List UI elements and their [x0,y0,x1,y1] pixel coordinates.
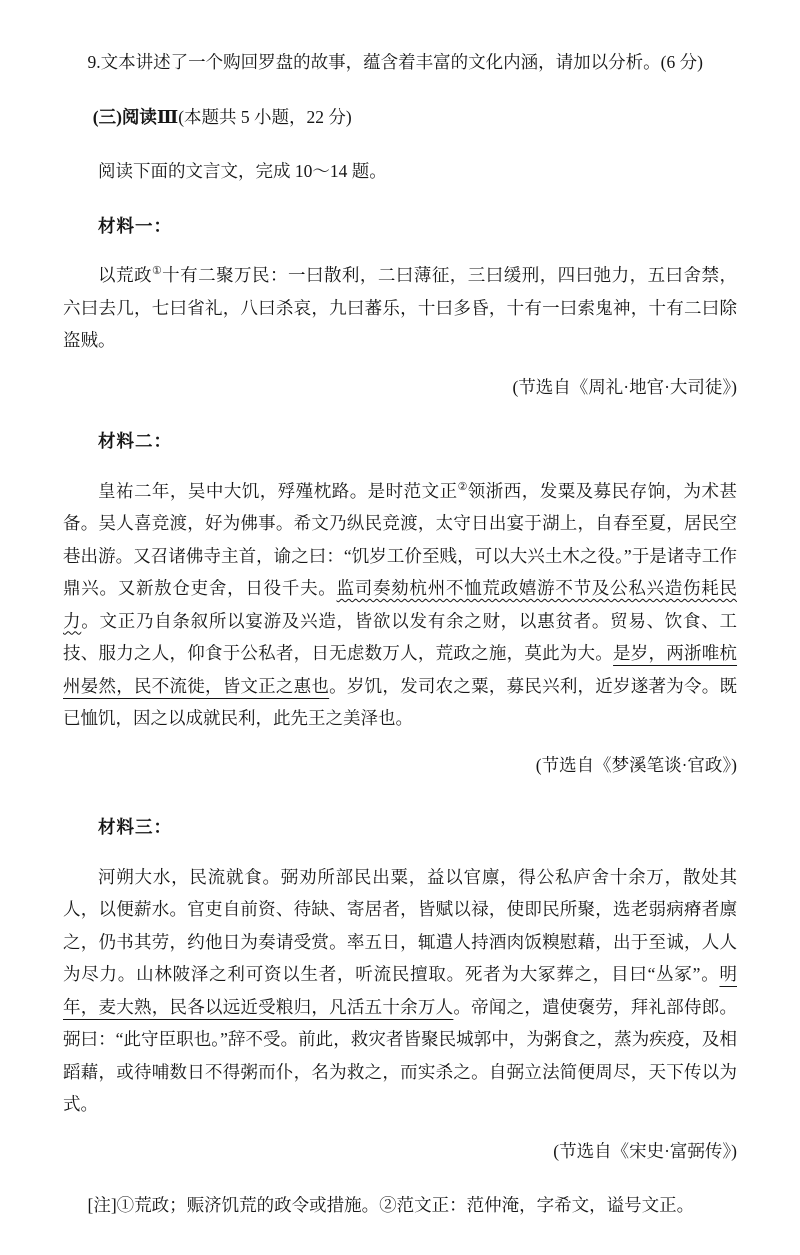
reading-instruction: 阅读下面的文言文，完成 10～14 题。 [63,155,737,188]
question-9: 9.文本讲述了一个购回罗盘的故事，蕴含着丰富的文化内涵，请加以分析。(6 分) [63,46,737,79]
exam-document-page: { "doc": { "question9": "9.文本讲述了一个购回罗盘的故… [0,0,800,1255]
material-3-label: 材料三： [63,811,737,844]
material-2-source: (节选自《梦溪笔谈·官政》) [63,749,737,782]
material-1-label: 材料一： [63,210,737,243]
material-3-source: (节选自《宋史·富弼传》) [63,1135,737,1168]
material-1-text: 以荒政①十有二聚万民：一曰散利，二曰薄征，三曰缓刑，四曰弛力，五曰舍禁，六曰去几… [63,259,737,357]
material-3-label-text: 材料三： [98,817,172,837]
material-1-source: (节选自《周礼·地官·大司徒》) [63,371,737,404]
material-2-label-text: 材料二： [98,431,172,451]
material-2-text: 皇祐二年，吴中大饥，殍殣枕路。是时范文正②领浙西，发粟及募民存饷，为术甚备。吴人… [63,475,737,735]
section-heading: (三)阅读Ⅲ(本题共 5 小题，22 分) [63,101,737,134]
material-3-text: 河朔大水，民流就食。弼劝所部民出粟，益以官廪，得公私庐舍十余万，散处其人，以便薪… [63,861,737,1121]
material-2-label: 材料二： [63,425,737,458]
material-1-label-text: 材料一： [98,216,172,236]
footnote: [注]①荒政；赈济饥荒的政令或措施。②范文正：范仲淹，字希文，谥号文正。 [63,1189,737,1222]
